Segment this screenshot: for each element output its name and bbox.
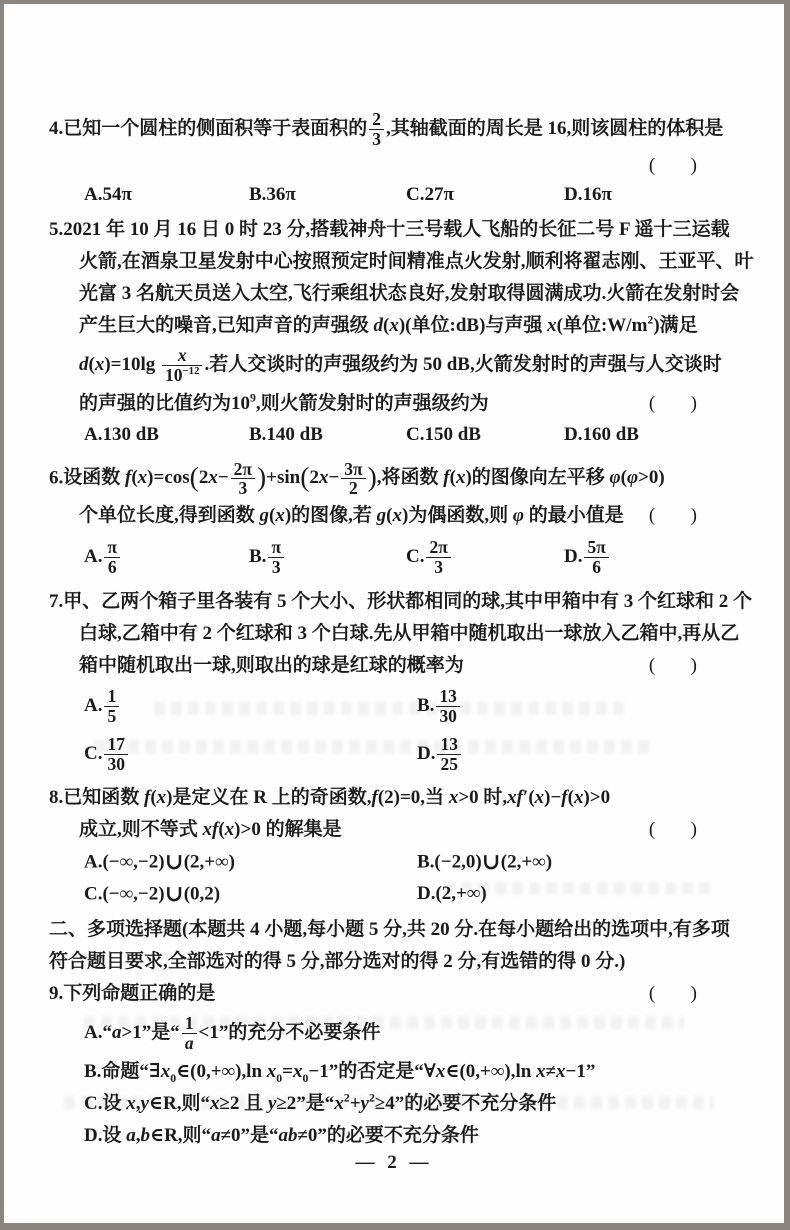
answer-bracket: ( ) — [649, 814, 698, 846]
math-variable: g — [260, 505, 270, 526]
math-variable: x — [449, 787, 459, 808]
line-text: 已知函数 f(x)是定义在 R 上的奇函数,f(2)=0,当 x>0 时,xf′… — [63, 787, 610, 808]
math-variable: f — [125, 467, 131, 488]
superscript: −12 — [182, 365, 199, 377]
math-variable: x — [556, 1061, 566, 1082]
math-variable: a — [185, 1033, 194, 1053]
math-variable: b — [140, 1125, 150, 1146]
big-paren-left: ( — [190, 461, 199, 492]
fraction: 3π2 — [341, 460, 365, 499]
question-line: 5.2021 年 10 月 16 日 0 时 23 分,搭载神舟十三号载人飞船的… — [49, 214, 744, 246]
subscript: 0 — [303, 1072, 309, 1085]
fraction: 1325 — [437, 735, 460, 774]
line-text: A.“a>1”是“1a<1”的充分不必要条件 — [84, 1022, 380, 1043]
math-variable: x — [95, 354, 105, 375]
answer-bracket: ( ) — [649, 500, 698, 532]
answer-bracket: ( ) — [649, 152, 698, 180]
options-row: A.54πB.36πC.27πD.16π — [49, 180, 744, 210]
math-variable: x — [574, 787, 584, 808]
option-cell: A.15 — [84, 682, 121, 730]
math-variable: a — [211, 1125, 221, 1146]
fraction: 15 — [104, 687, 119, 726]
option-cell: A.130 dB — [84, 420, 159, 450]
option-cell: B.36π — [249, 180, 296, 210]
option-line: A.“a>1”是“1a<1”的充分不必要条件 — [84, 1010, 744, 1056]
math-variable: f — [372, 787, 378, 808]
option-cell: B.π3 — [249, 532, 286, 582]
math-variable: x — [293, 1061, 303, 1082]
math-variable: f — [561, 787, 567, 808]
question-line: 7.甲、乙两个箱子里各装有 5 个大小、形状都相同的球,其中甲箱中有 3 个红球… — [49, 586, 744, 618]
option-line: B.命题“∃x0∈(0,+∞),ln x0=x0−1”的否定是“∀x∈(0,+∞… — [84, 1056, 744, 1088]
answer-bracket: ( ) — [649, 650, 698, 682]
photo-frame: { "answer_bracket": "( )", "colors": { "… — [0, 0, 790, 1230]
continuation-line: 产生巨大的噪音,已知声音的声强级 d(x)(单位:dB)与声强 x(单位:W/m… — [79, 310, 744, 342]
math-variable: x — [208, 467, 218, 488]
option-line: D.设 a,b∈R,则“a≠0”是“ab≠0”的必要不充分条件 — [84, 1120, 744, 1152]
line-text: 白球,乙箱中有 2 个红球和 3 个白球.先从甲箱中随机取出一球放入乙箱中,再从… — [79, 623, 739, 644]
options-grid-row: C.(−∞,−2)∪(0,2)D.(2,+∞) — [49, 878, 744, 910]
big-paren-left: ( — [300, 461, 309, 492]
answer-bracket: ( ) — [649, 388, 698, 420]
question-number: 8. — [49, 787, 63, 808]
options-row: A.π6B.π3C.2π3D.5π6 — [49, 532, 744, 582]
option-cell: C.(−∞,−2)∪(0,2) — [84, 878, 220, 911]
math-variable: x — [456, 467, 466, 488]
continuation-line: 白球,乙箱中有 2 个红球和 3 个白球.先从甲箱中随机取出一球放入乙箱中,再从… — [79, 618, 744, 650]
math-variable: x — [157, 787, 167, 808]
line-text: 产生巨大的噪音,已知声音的声强级 d(x)(单位:dB)与声强 x(单位:W/m… — [79, 315, 698, 336]
math-variable: ab — [279, 1125, 298, 1146]
question-number: 5. — [49, 219, 63, 240]
fraction: 2π3 — [426, 538, 450, 577]
question-line: 8.已知函数 f(x)是定义在 R 上的奇函数,f(2)=0,当 x>0 时,x… — [49, 782, 744, 814]
fraction: 23 — [369, 110, 384, 149]
big-paren-right: ) — [257, 461, 266, 492]
bold-symbol: R — [253, 787, 267, 808]
math-variable: x — [126, 1093, 136, 1114]
superscript: 2 — [344, 1092, 350, 1105]
line-text: C.设 x,y∈R,则“x≥2 且 y≥2”是“x2+y2≥4”的必要不充分条件 — [84, 1093, 556, 1114]
continuation-line: 光富 3 名航天员送入太空,飞行乘组状态良好,发射取得圆满成功.火箭在发射时会 — [79, 278, 744, 310]
superscript: 2 — [647, 314, 653, 327]
fraction: π3 — [268, 538, 284, 577]
options-grid-row: A.(−∞,−2)∪(2,+∞)B.(−2,0)∪(2,+∞) — [49, 846, 744, 878]
option-cell: C.2π3 — [406, 532, 453, 582]
question-line: 9.下列命题正确的是( ) — [49, 978, 744, 1010]
math-variable: x — [210, 1093, 220, 1114]
bold-symbol: R — [163, 1093, 177, 1114]
option-cell: B.(−2,0)∪(2,+∞) — [417, 846, 552, 879]
line-text: B.命题“∃x0∈(0,+∞),ln x0=x0−1”的否定是“∀x∈(0,+∞… — [84, 1061, 595, 1082]
bracket-line: ( ) — [49, 152, 744, 180]
option-cell: D.16π — [564, 180, 612, 210]
math-variable: y — [268, 1093, 276, 1114]
option-cell: C.1730 — [84, 730, 130, 778]
answer-bracket: ( ) — [649, 978, 698, 1010]
math-variable: d — [374, 315, 384, 336]
question-number: 6. — [49, 467, 63, 488]
line-text: 甲、乙两个箱子里各装有 5 个大小、形状都相同的球,其中甲箱中有 3 个红球和 … — [63, 591, 752, 612]
math-variable: φ — [513, 505, 524, 526]
line-text: 光富 3 名航天员送入太空,飞行乘组状态良好,发射取得圆满成功.火箭在发射时会 — [79, 283, 739, 304]
line-text: 成立,则不等式 xf(x)>0 的解集是 — [79, 819, 342, 840]
fraction: 1330 — [436, 687, 459, 726]
subscript: 0 — [276, 1072, 282, 1085]
fraction: 2π3 — [231, 460, 255, 499]
math-variable: x — [334, 1093, 344, 1114]
math-variable: x — [267, 1061, 277, 1082]
line-text: 符合题目要求,全部选对的得 5 分,部分选对的得 2 分,有选错的得 0 分.) — [49, 951, 625, 972]
big-paren-right: ) — [368, 461, 377, 492]
continuation-line: 个单位长度,得到函数 g(x)的图像,若 g(x)为偶函数,则 φ 的最小值是(… — [79, 500, 744, 532]
option-cell: D.160 dB — [564, 420, 639, 450]
option-cell: B.140 dB — [249, 420, 323, 450]
options-grid-row: A.15B.1330 — [49, 682, 744, 730]
section-line: 符合题目要求,全部选对的得 5 分,部分选对的得 2 分,有选错的得 0 分.) — [49, 946, 744, 978]
math-variable: x — [178, 345, 187, 365]
line-text: 个单位长度,得到函数 g(x)的图像,若 g(x)为偶函数,则 φ 的最小值是 — [79, 505, 624, 526]
subscript: 0 — [170, 1072, 176, 1085]
fraction: x10−12 — [162, 346, 202, 385]
math-variable: x — [275, 505, 285, 526]
option-cell: D.5π6 — [564, 532, 611, 582]
continuation-line: d(x)=10lg x10−12.若人交谈时的声强级约为 50 dB,火箭发射时… — [79, 342, 744, 388]
options-row: A.130 dBB.140 dBC.150 dBD.160 dB — [49, 420, 744, 450]
math-variable: x — [389, 315, 399, 336]
math-variable: x — [536, 1061, 546, 1082]
option-cell: A.54π — [84, 180, 132, 210]
question-line: 6.设函数 f(x)=cos(2x−2π3)+sin(2x−3π2),将函数 f… — [49, 454, 744, 500]
section-line: 二、多项选择题(本题共 4 小题,每小题 5 分,共 20 分.在每小题给出的选… — [49, 914, 744, 946]
page-footer: — 2 — — [4, 1152, 784, 1174]
line-text: 火箭,在酒泉卫星发射中心按照预定时间精准点火发射,顺利将翟志刚、王亚平、叶 — [79, 251, 754, 272]
option-cell: A.π6 — [84, 532, 122, 582]
math-variable: f — [144, 787, 150, 808]
math-variable: a — [112, 1022, 122, 1043]
math-variable: y — [361, 1093, 369, 1114]
math-variable: a — [126, 1125, 136, 1146]
line-text: 二、多项选择题(本题共 4 小题,每小题 5 分,共 20 分.在每小题给出的选… — [49, 919, 730, 940]
page: 4.已知一个圆柱的侧面积等于表面积的23,其轴截面的周长是 16,则该圆柱的体积… — [4, 4, 784, 1223]
union-symbol: ∪ — [165, 881, 184, 906]
question-number: 7. — [49, 591, 63, 612]
option-cell: A.(−∞,−2)∪(2,+∞) — [84, 846, 235, 879]
line-text: 已知一个圆柱的侧面积等于表面积的23,其轴截面的周长是 16,则该圆柱的体积是 — [63, 118, 723, 139]
union-symbol: ∪ — [482, 849, 501, 874]
option-cell: D.1325 — [417, 730, 463, 778]
math-variable: x — [535, 787, 545, 808]
continuation-line: 的声强的比值约为109,则火箭发射时的声强级约为( ) — [79, 388, 744, 420]
continuation-line: 火箭,在酒泉卫星发射中心按照预定时间精准点火发射,顺利将翟志刚、王亚平、叶 — [79, 246, 744, 278]
question-number: 9. — [49, 983, 63, 1004]
line-text: 箱中随机取出一球,则取出的球是红球的概率为 — [79, 655, 464, 676]
line-text: d(x)=10lg x10−12.若人交谈时的声强级约为 50 dB,火箭发射时… — [79, 354, 722, 375]
superscript: 2 — [369, 1092, 375, 1105]
question-number: 4. — [49, 118, 63, 139]
math-variable: xf — [507, 787, 523, 808]
line-text: D.设 a,b∈R,则“a≠0”是“ab≠0”的必要不充分条件 — [84, 1125, 479, 1146]
bold-symbol: R — [164, 1125, 178, 1146]
fraction: 5π6 — [584, 538, 608, 577]
math-variable: x — [319, 467, 329, 488]
option-cell: C.27π — [406, 180, 454, 210]
union-symbol: ∪ — [165, 849, 184, 874]
math-variable: x — [161, 1061, 171, 1082]
fraction: 1a — [182, 1014, 197, 1053]
line-text: 下列命题正确的是 — [63, 983, 215, 1004]
math-variable: y — [140, 1093, 148, 1114]
math-variable: x — [225, 819, 235, 840]
line-text: 的声强的比值约为109,则火箭发射时的声强级约为 — [79, 393, 489, 414]
fraction: π6 — [104, 538, 120, 577]
line-text: 2021 年 10 月 16 日 0 时 23 分,搭载神舟十三号载人飞船的长征… — [63, 219, 729, 240]
math-variable: x — [393, 505, 403, 526]
option-line: C.设 x,y∈R,则“x≥2 且 y≥2”是“x2+y2≥4”的必要不充分条件 — [84, 1088, 744, 1120]
options-grid-row: C.1730D.1325 — [49, 730, 744, 778]
option-cell: D.(2,+∞) — [417, 878, 487, 910]
math-variable: x — [138, 467, 148, 488]
line-text: 设函数 f(x)=cos(2x−2π3)+sin(2x−3π2),将函数 f(x… — [63, 467, 665, 488]
math-variable: d — [79, 354, 89, 375]
continuation-line: 成立,则不等式 xf(x)>0 的解集是( ) — [79, 814, 744, 846]
content-rows: 4.已知一个圆柱的侧面积等于表面积的23,其轴截面的周长是 16,则该圆柱的体积… — [49, 106, 744, 1152]
math-variable: φ — [610, 467, 621, 488]
math-variable: g — [377, 505, 387, 526]
question-line: 4.已知一个圆柱的侧面积等于表面积的23,其轴截面的周长是 16,则该圆柱的体积… — [49, 106, 744, 152]
fraction: 1730 — [104, 735, 127, 774]
math-variable: f — [443, 467, 449, 488]
math-variable: x — [436, 1061, 446, 1082]
superscript: 9 — [250, 392, 256, 405]
option-cell: C.150 dB — [406, 420, 481, 450]
math-variable: φ — [627, 467, 638, 488]
math-variable: xf — [203, 819, 219, 840]
math-variable: x — [547, 315, 557, 336]
option-cell: B.1330 — [417, 682, 462, 730]
continuation-line: 箱中随机取出一球,则取出的球是红球的概率为( ) — [79, 650, 744, 682]
